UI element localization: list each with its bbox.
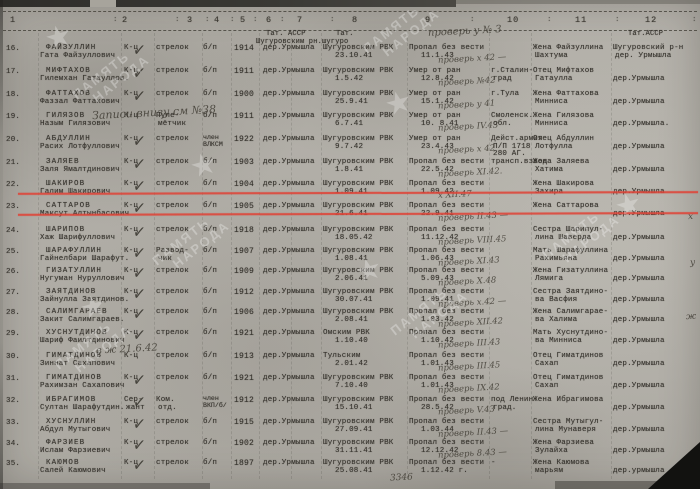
- column-number: 11: [575, 17, 587, 25]
- cell-birth-year: 1915: [234, 419, 254, 427]
- column-rule: [531, 33, 532, 479]
- cell-relative: ва Васфия: [535, 297, 577, 305]
- handwritten-check-note: проверь III.45: [438, 360, 501, 373]
- cell-given-name: Гайнелбари Шарафут.: [40, 256, 129, 264]
- cell-birth-year: 1913: [234, 353, 254, 361]
- cell-duty: стрелок: [156, 203, 189, 211]
- cell-party: б/п: [203, 440, 217, 448]
- cell-relative: Жена Саттарова: [533, 203, 599, 211]
- cell-relative: ва Халима: [535, 317, 577, 325]
- cell-relative: Сахап: [535, 361, 559, 369]
- cell-row-number: 35.: [6, 461, 20, 469]
- handwritten-check-note: проверь х 42 —: [438, 52, 507, 66]
- handwritten-check-note: проверь х 42: [438, 144, 496, 157]
- cell-duty: мётчик: [158, 121, 186, 129]
- cell-birthplace: дер.Урмышла: [263, 203, 315, 211]
- cell-party: б/п: [203, 460, 217, 468]
- handwritten-check-note: проверь XII.42: [438, 316, 504, 329]
- cell-relative: Шахтума: [535, 53, 568, 61]
- cell-birthplace: дер.Урмышла: [263, 68, 315, 76]
- cell-party: б/п: [203, 309, 217, 317]
- cell-relative: марьям: [535, 468, 563, 476]
- memory-of-people-watermark: ПАМЯТЬНАРОДА: [149, 206, 232, 280]
- cell-duty: стрелок: [156, 45, 189, 53]
- cell-address: дер.Урмышла: [613, 167, 665, 175]
- cell-rvk: 7.10.40: [335, 383, 368, 391]
- cell-duty: отд.: [158, 405, 177, 413]
- handwritten-check-note: проверь V.43: [438, 405, 495, 418]
- cell-birthplace: дер.Урмышла: [263, 289, 315, 297]
- cell-rvk: 31.11.41: [335, 448, 373, 456]
- handwritten-check-note: проверь XI.42.: [438, 166, 503, 179]
- cell-duty: стрелок: [156, 68, 189, 76]
- cell-birth-year: 1914: [234, 45, 254, 53]
- cell-row-number: 31.: [6, 376, 20, 384]
- cell-birthplace: дер.Урмышла: [263, 136, 315, 144]
- cell-given-name: Заля Ямалтдинович: [40, 167, 120, 175]
- cell-row-number: 24.: [6, 228, 20, 236]
- cell-place: град: [493, 76, 512, 84]
- cell-rvk: 1.8.41: [335, 167, 363, 175]
- column-number: 12: [645, 17, 657, 25]
- cell-rvk: 1.5.42: [335, 76, 363, 84]
- rank-checkmark: ✓: [132, 391, 147, 413]
- cell-rvk: 25.08.41: [335, 468, 373, 476]
- handwritten-note: у: [690, 258, 696, 268]
- column-number: 2: [122, 17, 128, 25]
- rank-checkmark: ✓: [132, 221, 147, 243]
- handwritten-check-note: проверь у 41: [438, 99, 496, 112]
- cell-birth-year: 1897: [234, 460, 254, 468]
- cell-relative: лина Мунаверя: [535, 427, 596, 435]
- cell-birthplace: дер.Урмышла: [263, 227, 315, 235]
- cell-row-number: 33.: [6, 420, 20, 428]
- cell-birthplace: дер.Урмышла: [263, 460, 315, 468]
- cell-birthplace: дер.Урмышла: [263, 440, 315, 448]
- column-number: 6: [266, 17, 272, 25]
- cell-birthplace: дер.Урмышла: [263, 268, 315, 276]
- cell-rvk: 30.07.41: [335, 297, 373, 305]
- cell-rvk: 15.10.41: [335, 405, 373, 413]
- typed-header-fragment: Шугуровским рн.шугуро: [256, 39, 348, 47]
- cell-address: дер.Урмышла: [613, 256, 665, 264]
- cell-birth-year: 1911: [234, 113, 254, 121]
- cell-birth-year: 1904: [234, 181, 254, 189]
- cell-birth-year: 1905: [234, 203, 254, 211]
- cell-address: дер.урмышла: [613, 468, 665, 476]
- cell-address: дер.Урмышла: [613, 317, 665, 325]
- cell-birth-year: 1922: [234, 136, 254, 144]
- cell-duty: стрелок: [156, 159, 189, 167]
- column-rule: [291, 33, 292, 479]
- cell-birthplace: дер.Урмышла: [263, 330, 315, 338]
- cell-row-number: 30.: [6, 354, 20, 362]
- handwritten-check-note: проверь IX.42: [438, 382, 500, 395]
- cell-party: ВКП/б/: [203, 402, 227, 410]
- column-separator-mark: :: [175, 17, 180, 25]
- column-separator-mark: :: [547, 17, 552, 25]
- cell-rvk: 25.9.41: [335, 99, 368, 107]
- cell-row-number: 34.: [6, 441, 20, 449]
- cell-duty: стрелок: [156, 181, 189, 189]
- cell-row-number: 28.: [6, 310, 20, 318]
- cell-birthplace: дер.Урмышла: [263, 397, 315, 405]
- column-rule: [611, 33, 612, 479]
- cell-birthplace: дер.Урмышла: [263, 309, 315, 317]
- cell-address: дер. Урмышла: [615, 53, 671, 61]
- column-number: 4: [214, 17, 220, 25]
- cell-rvk: 2.01.42: [335, 361, 368, 369]
- cell-party: б/п: [203, 353, 217, 361]
- watermark-star-icon: ★: [351, 250, 386, 291]
- cell-address: дер.Урмышла: [613, 144, 665, 152]
- cell-duty: стрелок: [156, 460, 189, 468]
- rank-checkmark: ✓: [132, 369, 147, 391]
- column-separator-mark: :: [692, 17, 697, 25]
- cell-address: дер.Урмышла: [613, 448, 665, 456]
- cell-row-number: 17.: [6, 69, 20, 77]
- cell-address: дер.Урмышла.: [613, 121, 669, 129]
- cell-party: б/п: [203, 45, 217, 53]
- cell-address: дер.Урмышла: [613, 383, 665, 391]
- cell-address: дер.Урмышла: [613, 338, 665, 346]
- handwritten-check-note: проверь №42: [438, 75, 496, 88]
- column-number: 7: [297, 17, 303, 25]
- rank-checkmark: ✓: [132, 262, 147, 284]
- cell-birth-year: 1900: [234, 91, 254, 99]
- cell-birth-year: 1902: [234, 440, 254, 448]
- cell-duty: стрелок: [156, 91, 189, 99]
- column-separator-mark: :: [280, 17, 285, 25]
- cell-birthplace: дер.Урмышла: [263, 419, 315, 427]
- cell-rvk: 2.08.41: [335, 317, 368, 325]
- column-separator-mark: :: [615, 17, 620, 25]
- cell-address: дер.Урмышла: [613, 76, 665, 84]
- cell-birth-year: 1912: [234, 397, 254, 405]
- cell-birth-year: 1911: [234, 68, 254, 76]
- scan-top-edge-notch: [90, 0, 116, 7]
- cell-relative: Зулайха: [535, 448, 568, 456]
- handwritten-note: 3346: [390, 472, 413, 483]
- rank-checkmark: ✓: [132, 242, 147, 264]
- cell-party: б/п: [203, 68, 217, 76]
- table-header-rule-top: [3, 11, 697, 12]
- cell-duty: стрелок: [156, 289, 189, 297]
- cell-rvk: 1.10.40: [335, 338, 368, 346]
- column-number: 1: [10, 17, 16, 25]
- cell-duty: стрелок: [156, 440, 189, 448]
- column-separator-mark: :: [230, 17, 235, 25]
- column-rule: [231, 33, 232, 479]
- cell-row-number: 18.: [6, 92, 20, 100]
- handwritten-check-note: проверь III.43: [438, 337, 501, 350]
- cell-row-number: 19.: [6, 114, 20, 122]
- cell-birth-year: 1903: [234, 159, 254, 167]
- cell-given-name: Абдул Мутыгович: [40, 427, 111, 435]
- cell-rvk: 9.7.42: [335, 144, 363, 152]
- cell-birth-year: 1918: [234, 227, 254, 235]
- cell-address: дер.Урмышла: [613, 276, 665, 284]
- cell-given-name: Нугуман Нуруллович: [40, 276, 125, 284]
- scan-bottom-edge-left: [0, 483, 210, 489]
- column-separator-mark: :: [330, 17, 335, 25]
- cell-rvk: 18.05.42: [335, 235, 373, 243]
- cell-duty: стрелок: [156, 136, 189, 144]
- cell-address: дер.Урмышла: [613, 297, 665, 305]
- cell-birth-year: 1906: [234, 309, 254, 317]
- cell-address: дер.Урмышла: [613, 361, 665, 369]
- cell-relative: Лямига: [535, 276, 563, 284]
- cell-row-number: 25.: [6, 249, 20, 257]
- cell-birth-year: 1909: [234, 268, 254, 276]
- rank-checkmark: ✓: [132, 85, 147, 107]
- column-separator-mark: :: [470, 17, 475, 25]
- handwritten-note: ж: [686, 312, 697, 323]
- cell-row-number: 32.: [6, 398, 20, 406]
- cell-birth-year: 1921: [234, 375, 254, 383]
- scanned-ledger-page: 123456789101112::::::::::: 16.ФАЙЗУЛЛИНГ…: [0, 0, 700, 489]
- cell-relative: Сахап: [535, 383, 559, 391]
- cell-row-number: 16.: [6, 46, 20, 54]
- cell-address: дер.Урмышла: [613, 235, 665, 243]
- cell-address: дер.Урмышла: [613, 405, 665, 413]
- cell-duty: стрелок: [156, 419, 189, 427]
- cell-given-name: Расих Лотфуллович: [40, 144, 120, 152]
- rank-checkmark: ✓: [132, 130, 147, 152]
- cell-duty: стрелок: [156, 330, 189, 338]
- cell-birthplace: дер.Урмышла: [263, 113, 315, 121]
- cell-duty: стрелок: [156, 375, 189, 383]
- cell-birthplace: дер.Урмышла: [263, 248, 315, 256]
- cell-given-name: Султан Шарафутдин.: [40, 405, 125, 413]
- cell-given-name: Хаж Шарифуллович: [40, 235, 115, 243]
- rank-checkmark: ✓: [132, 413, 147, 435]
- cell-row-number: 20.: [6, 137, 20, 145]
- cell-party: б/п: [203, 289, 217, 297]
- column-separator-mark: :: [113, 17, 118, 25]
- cell-given-name: Рахимзан Сахапович: [40, 383, 125, 391]
- rank-checkmark: ✓: [132, 283, 147, 305]
- column-separator-mark: :: [205, 17, 210, 25]
- cell-row-number: 26.: [6, 269, 20, 277]
- column-number: 10: [507, 17, 519, 25]
- column-rule: [259, 33, 260, 479]
- rank-checkmark: ✓: [132, 434, 147, 456]
- cell-place: град.: [493, 405, 517, 413]
- cell-duty: стрелок: [156, 353, 189, 361]
- cell-birthplace: дер.Урмышла: [263, 181, 315, 189]
- column-separator-mark: :: [253, 17, 258, 25]
- cell-relative: Гатаулла: [535, 76, 573, 84]
- cell-given-name: Салей Каюмович: [40, 468, 106, 476]
- column-number: 8: [352, 17, 358, 25]
- column-number: 3: [187, 17, 193, 25]
- scan-left-edge-shadow: [0, 0, 3, 489]
- typed-header-fragment: Тат.АССР: [628, 31, 663, 39]
- cell-party: б/п: [203, 91, 217, 99]
- cell-fate: 1.12.42 г.: [421, 468, 468, 476]
- cell-party: б/п: [203, 375, 217, 383]
- cell-relative: Минниса: [535, 121, 568, 129]
- cell-birthplace: дер.Урмышла: [263, 375, 315, 383]
- column-rule: [321, 33, 322, 479]
- scan-top-edge-right: [456, 0, 700, 4]
- cell-row-number: 21.: [6, 160, 20, 168]
- cell-duty: стрелок: [156, 309, 189, 317]
- cell-birth-year: 1907: [234, 248, 254, 256]
- rank-checkmark: ✓: [132, 153, 147, 175]
- cell-party: б/п: [203, 419, 217, 427]
- handwritten-check-note: проверь VIII.45: [438, 234, 507, 248]
- cell-row-number: 22.: [6, 182, 20, 190]
- cell-given-name: Ислам Фарзиевич: [40, 448, 111, 456]
- cell-address: дер.Урмышла: [613, 99, 665, 107]
- cell-party: б/п: [203, 330, 217, 338]
- cell-place: -: [491, 460, 496, 468]
- rank-checkmark: ✓: [132, 454, 147, 476]
- cell-row-number: 27.: [6, 290, 20, 298]
- rank-checkmark: ✓: [132, 303, 147, 325]
- cell-relative: ва Минниса: [535, 338, 582, 346]
- cell-birthplace: дер.Урмышла: [263, 159, 315, 167]
- cell-birthplace: дер.Урмышла: [263, 91, 315, 99]
- cell-relative: Минниса: [535, 99, 568, 107]
- handwritten-note: проверь у № 3: [428, 24, 502, 39]
- cell-relative: Хатима: [535, 167, 563, 175]
- scan-top-edge-shadow: [0, 0, 456, 7]
- rank-checkmark: ✓: [132, 197, 147, 219]
- cell-place: г.Тула: [491, 91, 519, 99]
- column-rule: [38, 33, 39, 479]
- cell-relative: Жена Ибрагимова: [533, 397, 604, 405]
- column-number: 5: [240, 17, 246, 25]
- column-rule: [202, 33, 203, 479]
- cell-birth-year: 1921: [234, 330, 254, 338]
- cell-rvk: 6.7.41: [335, 121, 363, 129]
- cell-relative: Лотфулла: [535, 144, 573, 152]
- cell-row-number: 23.: [6, 204, 20, 212]
- cell-birthplace: дер.Урмышла: [263, 353, 315, 361]
- cell-party: б/п: [203, 268, 217, 276]
- watermark-star-icon: ★: [186, 145, 221, 186]
- cell-row-number: 29.: [6, 331, 20, 339]
- cell-address: дер.Урмышла: [613, 427, 665, 435]
- cell-rvk: 27.09.41: [335, 427, 373, 435]
- cell-birth-year: 1912: [234, 289, 254, 297]
